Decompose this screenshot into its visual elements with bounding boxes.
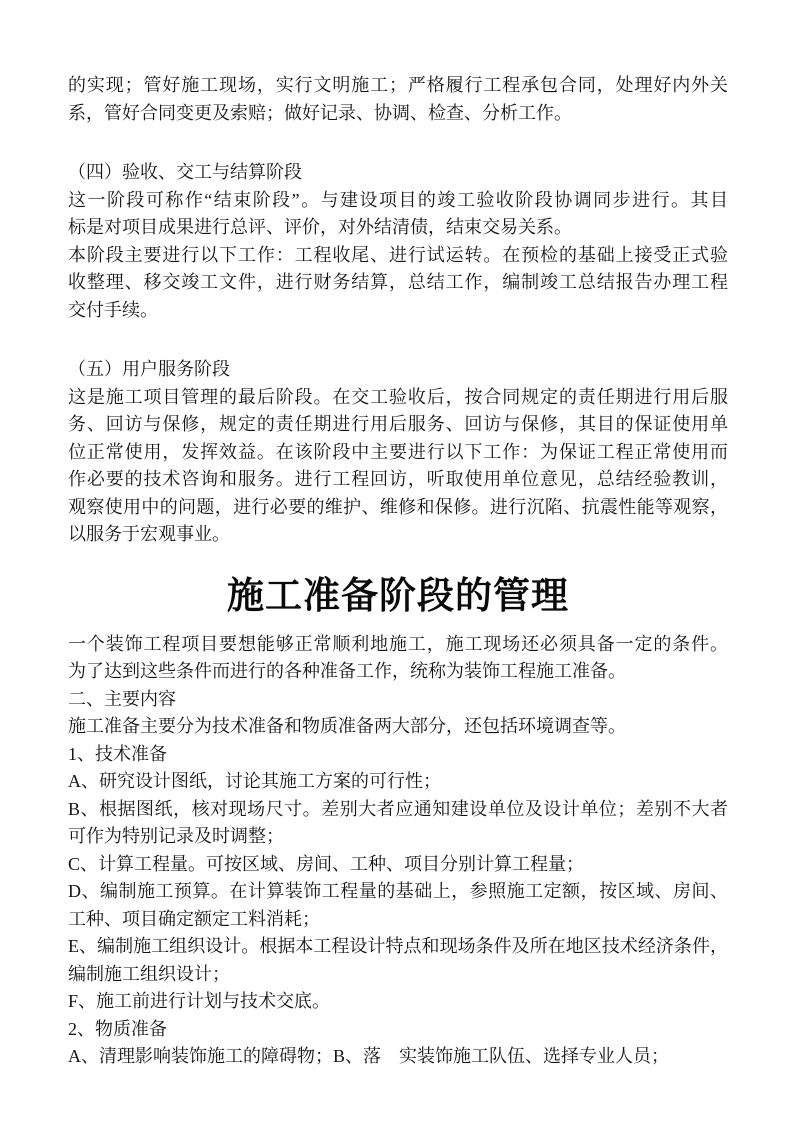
section-stage5: （五）用户服务阶段 这是施工项目管理的最后阶段。在交工验收后，按合同规定的责任期… (68, 356, 728, 549)
text-line: 务、回访与保修，规定的责任期进行用后服务、回访与保修，其目的保证使用单 (68, 411, 728, 439)
section-stage4: （四）验收、交工与结算阶段 这一阶段可称作“结束阶段”。与建设项目的竣工验收阶段… (68, 159, 728, 324)
list-item: A、清理影响装饰施工的障碍物；B、落 实装饰施工队伍、选择专业人员； (68, 1043, 728, 1071)
paragraph-intro: 的实现；管好施工现场，实行文明施工；严格履行工程承包合同，处理好内外关 系，管好… (68, 72, 728, 127)
list-item: C、计算工程量。可按区域、房间、工种、项目分别计算工程量； (68, 851, 728, 879)
text-line: 以服务于宏观事业。 (68, 521, 728, 549)
text-line: 一个装饰工程项目要想能够正常顺利地施工，施工现场还必须具备一定的条件。 (68, 631, 728, 659)
list-item: F、施工前进行计划与技术交底。 (68, 988, 728, 1016)
list-item: D、编制施工预算。在计算装饰工程量的基础上，参照施工定额，按区域、房间、 (68, 878, 728, 906)
text-line: 作必要的技术咨询和服务。进行工程回访，听取使用单位意见，总结经验教训， (68, 466, 728, 494)
section-heading: （四）验收、交工与结算阶段 (68, 159, 728, 187)
document-content: 的实现；管好施工现场，实行文明施工；严格履行工程承包合同，处理好内外关 系，管好… (68, 72, 728, 1071)
list-item: B、根据图纸，核对现场尺寸。差别大者应通知建设单位及设计单位；差别不大者 (68, 796, 728, 824)
text-line: 系，管好合同变更及索赔；做好记录、协调、检查、分析工作。 (68, 100, 728, 128)
section-preparation: 一个装饰工程项目要想能够正常顺利地施工，施工现场还必须具备一定的条件。 为了达到… (68, 631, 728, 1071)
text-line: 的实现；管好施工现场，实行文明施工；严格履行工程承包合同，处理好内外关 (68, 72, 728, 100)
list-item: 编制施工组织设计； (68, 961, 728, 989)
text-line: 施工准备主要分为技术准备和物质准备两大部分，还包括环境调查等。 (68, 713, 728, 741)
list-item: E、编制施工组织设计。根据本工程设计特点和现场条件及所在地区技术经济条件， (68, 933, 728, 961)
list-heading-tech: 1、技术准备 (68, 741, 728, 769)
text-line: 位正常使用，发挥效益。在该阶段中主要进行以下工作：为保证工程正常使用而 (68, 439, 728, 467)
list-item: 可作为特别记录及时调整； (68, 823, 728, 851)
text-line: 观察使用中的问题，进行必要的维护、维修和保修。进行沉陷、抗震性能等观察， (68, 494, 728, 522)
text-line: 本阶段主要进行以下工作：工程收尾、进行试运转。在预检的基础上接受正式验 (68, 242, 728, 270)
text-line: 为了达到这些条件而进行的各种准备工作，统称为装饰工程施工准备。 (68, 658, 728, 686)
text-line: 收整理、移交竣工文件，进行财务结算，总结工作，编制竣工总结报告办理工程 (68, 269, 728, 297)
list-item: A、研究设计图纸，讨论其施工方案的可行性； (68, 768, 728, 796)
text-line: 交付手续。 (68, 297, 728, 325)
text-line: 标是对项目成果进行总评、评价，对外结清债，结束交易关系。 (68, 214, 728, 242)
section-heading: （五）用户服务阶段 (68, 356, 728, 384)
list-item: 工种、项目确定额定工料消耗； (68, 906, 728, 934)
chapter-title: 施工准备阶段的管理 (68, 573, 728, 621)
list-heading-material: 2、物质准备 (68, 1016, 728, 1044)
document-page: 的实现；管好施工现场，实行文明施工；严格履行工程承包合同，处理好内外关 系，管好… (0, 0, 793, 1122)
text-line: 这是施工项目管理的最后阶段。在交工验收后，按合同规定的责任期进行用后服 (68, 384, 728, 412)
text-line: 这一阶段可称作“结束阶段”。与建设项目的竣工验收阶段协调同步进行。其目 (68, 187, 728, 215)
section-heading: 二、主要内容 (68, 686, 728, 714)
